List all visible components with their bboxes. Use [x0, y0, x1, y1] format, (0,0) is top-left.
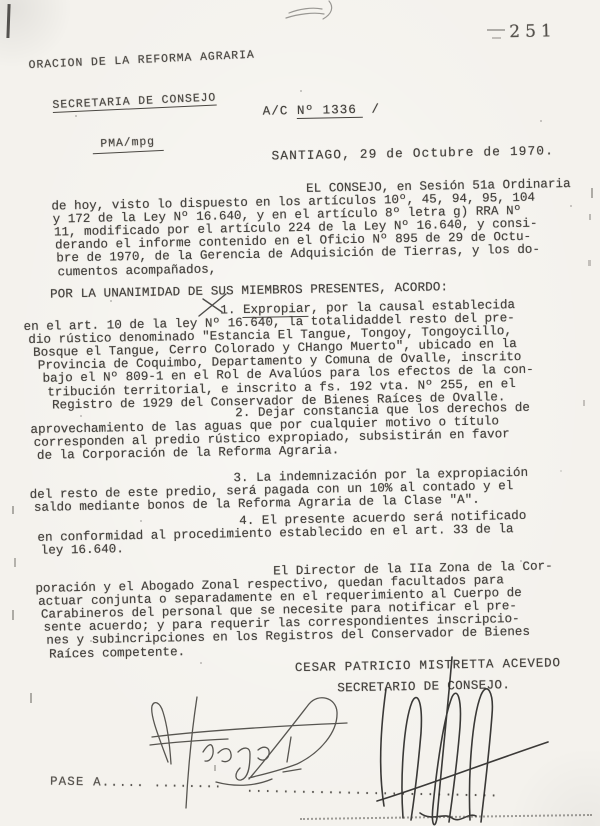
- speck: [540, 120, 542, 122]
- dash-artifact: [487, 29, 505, 31]
- signatory-name: CESAR PATRICIO MISTRETTA ACEVEDO: [295, 656, 561, 675]
- speck: [80, 415, 82, 417]
- speck: [520, 560, 522, 562]
- speck: [300, 90, 302, 92]
- speck: [90, 640, 92, 642]
- edge-bleed-mark: [588, 260, 591, 266]
- paragraph-closing-powers: El Director de la IIa Zona de la Cor-por…: [35, 560, 554, 661]
- margin-tick: [14, 558, 16, 567]
- margin-tick: [12, 610, 14, 620]
- speck: [200, 662, 202, 664]
- margin-tick: [12, 506, 14, 514]
- stamp-line-agency: ORACION DE LA REFORMA AGRARIA: [28, 49, 255, 73]
- pase-routing-line: PASE A..... ........: [50, 775, 223, 792]
- clause-3-indemnification: 3. La indemnización por la expropiaciónd…: [29, 467, 528, 515]
- speck: [214, 765, 216, 771]
- agency-stamp: ORACION DE LA REFORMA AGRARIA SECRETARIA…: [27, 22, 260, 184]
- edge-bleed-mark: [591, 188, 593, 198]
- scanned-document-page: ORACION DE LA REFORMA AGRARIA SECRETARIA…: [0, 0, 600, 826]
- page-number: 251: [509, 21, 557, 42]
- ref-suffix: /: [363, 102, 380, 116]
- accord-clause: POR LA UNANIMIDAD DE SUS MIEMBROS PRESEN…: [50, 280, 448, 301]
- ref-prefix: A/C: [263, 104, 297, 119]
- document-reference: A/C Nº 1336 /: [263, 102, 381, 118]
- speck: [140, 520, 142, 522]
- speck: [110, 300, 112, 302]
- clause-2-water-rights: 2. Dejar constancia que los derechos dea…: [30, 402, 531, 464]
- clause-4-notification: 4. El presente acuerdo será notificadoen…: [37, 510, 527, 558]
- speck: [350, 470, 352, 472]
- typewritten-content: ORACION DE LA REFORMA AGRARIA SECRETARIA…: [0, 0, 600, 826]
- speck: [570, 205, 572, 207]
- edge-bleed-mark: [589, 214, 591, 220]
- edge-bleed-mark: [583, 400, 585, 406]
- speck: [560, 470, 562, 472]
- ref-number: Nº 1336: [297, 103, 363, 119]
- paragraph-opening: EL CONSEJO, en Sesión 51a Ordinariade ho…: [51, 178, 572, 279]
- stamp-line-initials: PMA/mpg: [92, 135, 163, 154]
- margin-tick: [30, 693, 32, 703]
- speck: [75, 115, 77, 117]
- dateline: SANTIAGO, 29 de Octubre de 1970.: [271, 143, 554, 163]
- speck: [420, 250, 422, 252]
- dash-artifact: [492, 37, 501, 39]
- signatory-title: SECRETARIO DE CONSEJO.: [337, 678, 510, 695]
- stamp-line-secretaria: SECRETARIA DE CONSEJO: [52, 91, 216, 113]
